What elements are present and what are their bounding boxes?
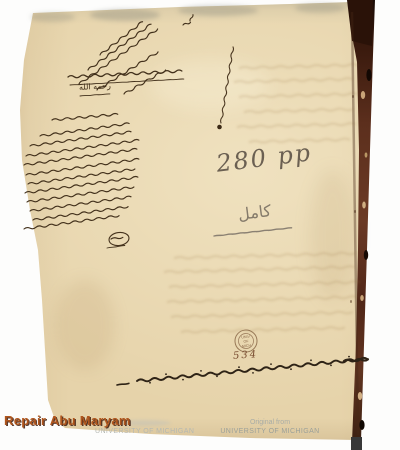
watermark-left: UNIVERSITY OF MICHIGAN xyxy=(95,428,194,435)
manuscript-scan: UNIV OF MICH 280 pp كامل 534 رحمه الله U… xyxy=(0,0,400,450)
top-edge-grime xyxy=(295,3,345,13)
shelfmark-number: 534 xyxy=(233,349,259,362)
edge-speck xyxy=(354,210,356,213)
watermark-right: Original from UNIVERSITY OF MICHIGAN xyxy=(218,419,322,436)
top-edge-grime xyxy=(30,12,75,22)
watermark-original-from: Original from xyxy=(218,419,322,428)
top-edge-grime xyxy=(90,9,160,21)
paper-stain xyxy=(310,170,355,300)
repair-credit-overlay: Repair Abu Maryam xyxy=(4,413,131,428)
paper-stain xyxy=(55,280,115,370)
completeness-note: كامل xyxy=(237,201,272,224)
edge-speck xyxy=(350,300,352,303)
binding-foot-bar xyxy=(351,437,362,450)
edge-speck xyxy=(352,95,354,98)
watermark-university: UNIVERSITY OF MICHIGAN xyxy=(218,428,322,437)
paper-highlight xyxy=(150,60,270,110)
closing-phrase: رحمه الله xyxy=(79,81,111,92)
top-edge-grime xyxy=(178,5,258,16)
